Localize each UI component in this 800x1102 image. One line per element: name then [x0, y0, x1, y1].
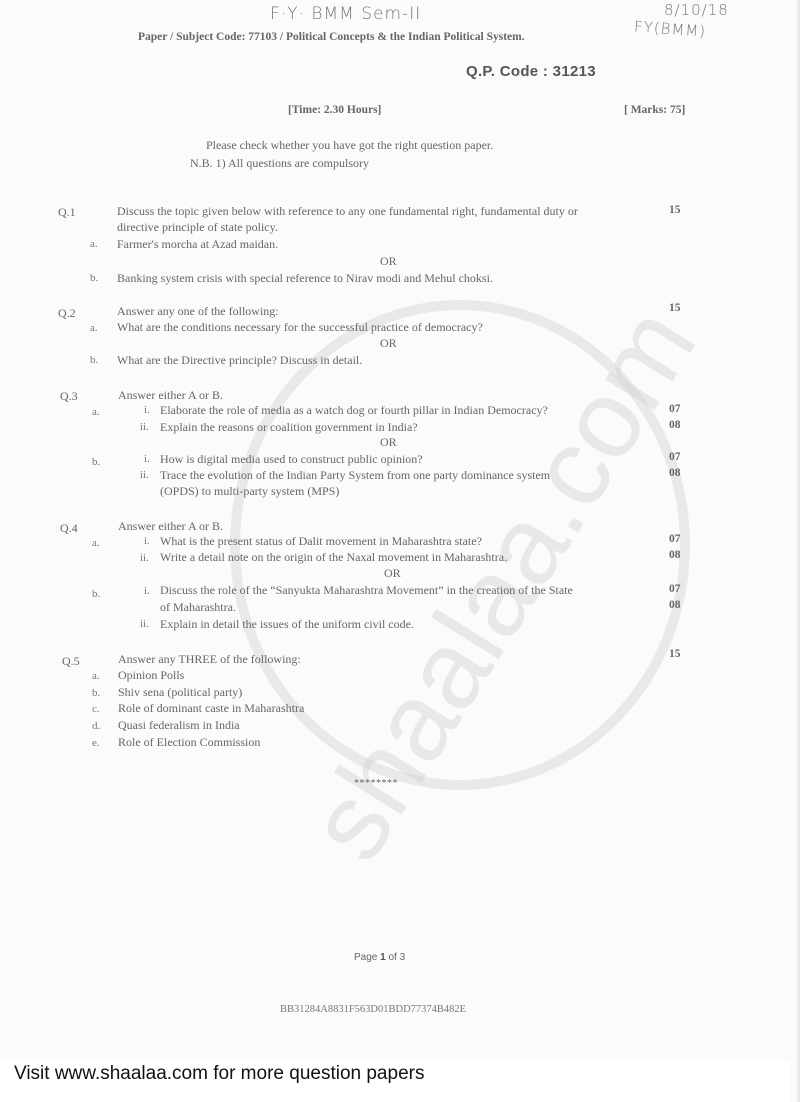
sub-label: ii.: [140, 618, 149, 630]
option-label: b.: [92, 456, 100, 468]
sub-question-text: What is the present status of Dalit move…: [160, 534, 482, 549]
option-text: Opinion Polls: [118, 668, 184, 683]
or-divider: OR: [384, 566, 401, 581]
sub-label: i.: [144, 535, 150, 547]
option-label: d.: [92, 720, 100, 732]
handwritten-note: FY(BMM): [633, 18, 706, 41]
sub-question-text: How is digital media used to construct p…: [160, 452, 423, 467]
or-divider: OR: [380, 336, 397, 351]
sub-question-marks: 07: [669, 451, 681, 463]
end-marker: ********: [354, 778, 398, 789]
option-label: e.: [92, 737, 100, 749]
option-label: a.: [92, 537, 100, 549]
question-number: Q.2: [58, 306, 76, 321]
page-total: 3: [400, 952, 406, 963]
question-text: Answer either A or B.: [118, 519, 223, 534]
exam-marks: [ Marks: 75]: [624, 104, 685, 116]
or-divider: OR: [380, 435, 397, 450]
sub-label: i.: [144, 453, 150, 465]
page-middle: of: [386, 952, 400, 963]
sub-label: ii.: [140, 469, 149, 481]
sub-question-text: Discuss the role of the “Sanyukta Mahara…: [160, 583, 573, 598]
scan-edge: [794, 0, 800, 1102]
option-text: What are the Directive principle? Discus…: [117, 353, 362, 368]
option-text: Shiv sena (political party): [118, 685, 242, 700]
sub-question-marks: 08: [669, 599, 681, 611]
sub-question-marks: 07: [669, 583, 681, 595]
option-text: Role of dominant caste in Maharashtra: [118, 701, 304, 716]
option-label: a.: [92, 670, 100, 682]
sub-question-marks: 07: [669, 403, 681, 415]
hash-code: BB31284A8831F563D01BDD77374B482E: [280, 1004, 466, 1015]
option-label: b.: [90, 272, 98, 284]
question-marks: 15: [669, 204, 681, 216]
question-text: Discuss the topic given below with refer…: [117, 204, 578, 219]
sub-question-text-cont: (OPDS) to multi-party system (MPS): [160, 484, 339, 499]
sub-label: ii.: [140, 552, 149, 564]
option-label: b.: [90, 354, 98, 366]
or-divider: OR: [380, 254, 397, 269]
question-text-cont: directive principle of state policy.: [117, 220, 278, 235]
site-footer-link[interactable]: Visit www.shaalaa.com for more question …: [14, 1063, 424, 1085]
question-text: Answer any THREE of the following:: [118, 652, 301, 667]
question-text: Answer either A or B.: [118, 388, 223, 403]
handwritten-date: 8/10/18: [664, 1, 729, 19]
sub-question-marks: 07: [669, 533, 681, 545]
sub-question-text: Write a detail note on the origin of the…: [160, 550, 507, 565]
option-label: a.: [90, 322, 98, 334]
option-label: a.: [90, 238, 98, 250]
page-number: Page 1 of 3: [354, 952, 405, 963]
question-paper-page: shaalaa.com F·Y· BMM Sem-II 8/10/18 FY(B…: [0, 0, 800, 1102]
sub-question-text: Explain in detail the issues of the unif…: [160, 617, 414, 632]
sub-question-text: Explain the reasons or coalition governm…: [160, 420, 418, 435]
exam-time: [Time: 2.30 Hours]: [288, 104, 381, 116]
option-text: What are the conditions necessary for th…: [117, 320, 483, 335]
sub-question-text-cont: of Maharashtra.: [160, 600, 236, 615]
option-label: c.: [92, 703, 100, 715]
page-prefix: Page: [354, 952, 380, 963]
instruction-nb: N.B. 1) All questions are compulsory: [190, 156, 369, 171]
question-number: Q.1: [58, 205, 76, 220]
option-text: Role of Election Commission: [118, 735, 260, 750]
sub-question-text: Trace the evolution of the Indian Party …: [160, 468, 550, 483]
option-text: Farmer's morcha at Azad maidan.: [117, 237, 278, 252]
sub-question-marks: 08: [669, 467, 681, 479]
sub-label: ii.: [140, 421, 149, 433]
question-marks: 15: [669, 302, 681, 314]
option-label: b.: [92, 588, 100, 600]
option-label: b.: [92, 687, 100, 699]
option-text: Quasi federalism in India: [118, 718, 240, 733]
sub-question-text: Elaborate the role of media as a watch d…: [160, 403, 548, 418]
question-number: Q.4: [60, 521, 78, 536]
instruction-check: Please check whether you have got the ri…: [206, 138, 493, 153]
sub-label: i.: [144, 404, 150, 416]
option-text: Banking system crisis with special refer…: [117, 271, 493, 286]
sub-question-marks: 08: [669, 549, 681, 561]
option-label: a.: [92, 406, 100, 418]
question-number: Q.5: [62, 654, 80, 669]
sub-label: i.: [144, 585, 150, 597]
question-marks: 15: [669, 648, 681, 660]
subject-line: Paper / Subject Code: 77103 / Political …: [138, 31, 525, 43]
sub-question-marks: 08: [669, 419, 681, 431]
handwritten-course: F·Y· BMM Sem-II: [270, 4, 421, 24]
qp-code: Q.P. Code : 31213: [466, 63, 596, 80]
question-number: Q.3: [60, 389, 78, 404]
question-text: Answer any one of the following:: [117, 304, 279, 319]
